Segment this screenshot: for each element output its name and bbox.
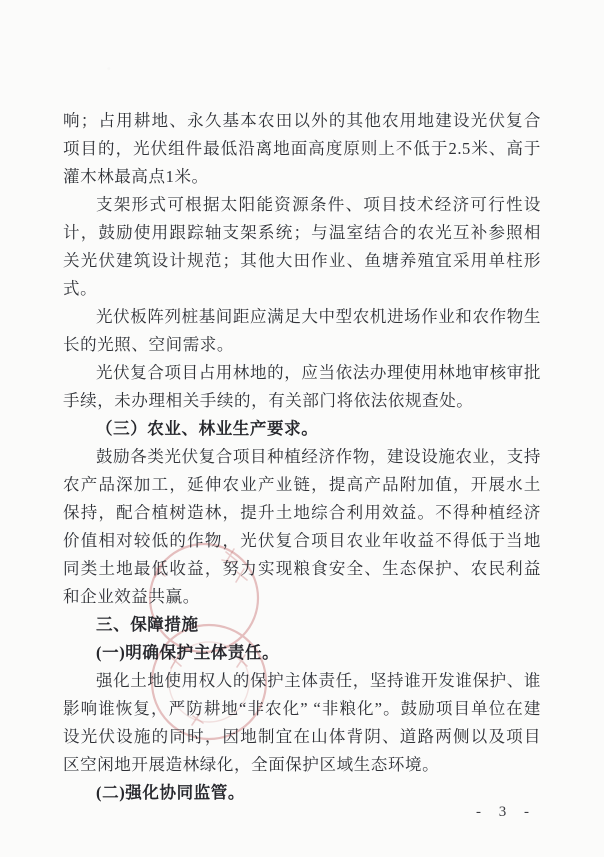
para-pv-module-height: 响；占用耕地、永久基本农田以外的其他农用地建设光伏复合项目的，光伏组件最低沿离地… <box>63 107 541 191</box>
para-forest-land-approval: 光伏复合项目占用林地的，应当依法办理使用林地审核审批手续，未办理相关手续的，有关… <box>63 359 541 415</box>
heading-clarify-protection-responsibility: (一)明确保护主体责任。 <box>63 639 541 667</box>
page-number: - 3 - <box>476 804 536 821</box>
para-agricultural-production: 鼓励各类光伏复合项目种植经济作物，建设设施农业，支持农产品深加工，延伸农业产业链… <box>63 443 541 611</box>
document-body: 响；占用耕地、永久基本农田以外的其他农用地建设光伏复合项目的，光伏组件最低沿离地… <box>63 107 541 807</box>
heading-agriculture-forestry-requirements: （三）农业、林业生产要求。 <box>63 415 541 443</box>
scanned-document-page: 响；占用耕地、永久基本农田以外的其他农用地建设光伏复合项目的，光伏组件最低沿离地… <box>0 0 604 857</box>
para-land-user-responsibility: 强化土地使用权人的保护主体责任，坚持谁开发谁保护、谁影响谁恢复，严防耕地“非农化… <box>63 667 541 779</box>
heading-safeguard-measures: 三、保障措施 <box>63 611 541 639</box>
para-pile-spacing: 光伏板阵列桩基间距应满足大中型农机进场作业和农作物生长的光照、空间需求。 <box>63 303 541 359</box>
heading-strengthen-joint-supervision: (二)强化协同监管。 <box>63 779 541 807</box>
para-support-structure: 支架形式可根据太阳能资源条件、项目技术经济可行性设计，鼓励使用跟踪轴支架系统；与… <box>63 191 541 303</box>
